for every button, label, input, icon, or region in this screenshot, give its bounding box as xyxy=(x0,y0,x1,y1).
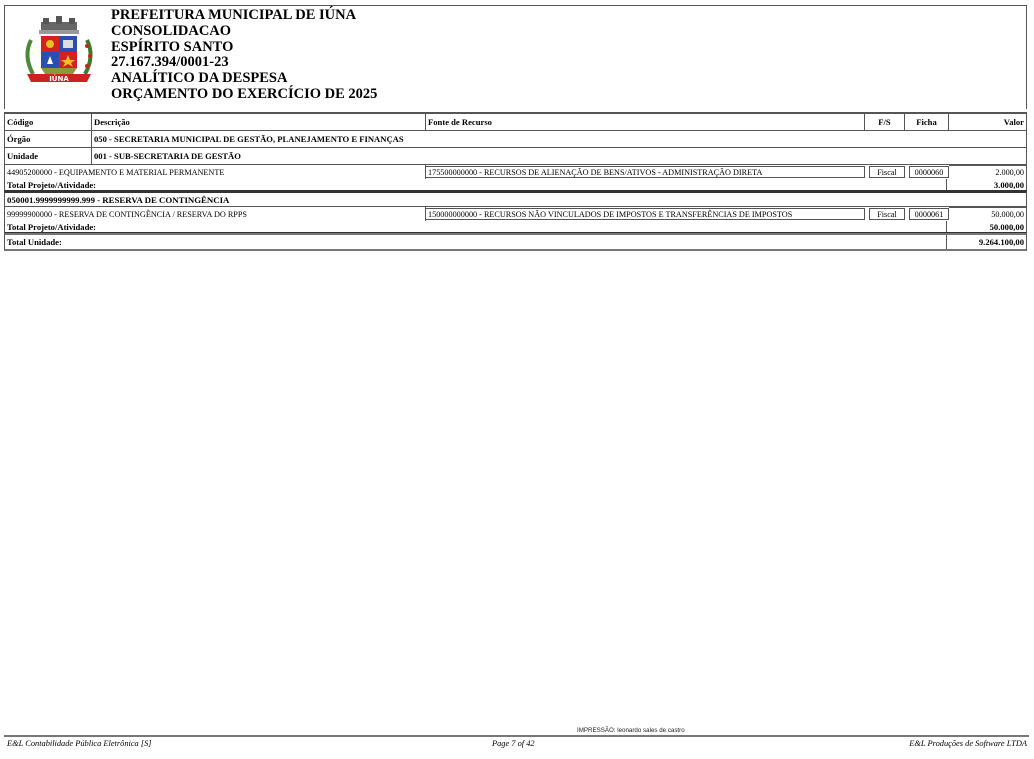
footer-divider xyxy=(4,735,1029,737)
page-number: Page 7 of 42 xyxy=(492,739,535,748)
total-projeto-row: Total Projeto/Atividade: 3.000,00 xyxy=(4,179,1027,191)
column-header-valor: Valor xyxy=(949,114,1026,130)
unidade-row: Unidade 001 - SUB-SECRETARIA DE GESTÃO xyxy=(4,148,1027,165)
header-municipality: PREFEITURA MUNICIPAL DE IÚNA xyxy=(111,8,377,24)
ficha-value: 0000060 xyxy=(909,166,949,178)
total-unidade-value: 9.264.100,00 xyxy=(947,235,1026,249)
expense-element: 99999900000 - RESERVA DE CONTINGÊNCIA / … xyxy=(5,207,426,221)
orgao-value: 050 - SECRETARIA MUNICIPAL DE GESTÃO, PL… xyxy=(92,131,1026,147)
header-state: ESPÍRITO SANTO xyxy=(111,40,377,56)
printed-by: IMPRESSÃO: leonardo sales de castro xyxy=(577,727,685,734)
column-header-ficha: Ficha xyxy=(905,114,949,130)
resource-source: 150000000000 - RECURSOS NÃO VINCULADOS D… xyxy=(426,208,865,220)
total-projeto-label: Total Projeto/Atividade: xyxy=(5,179,947,190)
fs-value: Fiscal xyxy=(869,166,905,178)
total-projeto-value: 50.000,00 xyxy=(947,221,1026,232)
header-budget-year: ORÇAMENTO DO EXERCÍCIO DE 2025 xyxy=(111,87,377,103)
total-projeto-label: Total Projeto/Atividade: xyxy=(5,221,947,232)
expense-element: 44905200000 - EQUIPAMENTO E MATERIAL PER… xyxy=(5,165,426,179)
coat-of-arms-icon: IÚNA xyxy=(17,16,101,88)
column-header-codigo: Código xyxy=(5,114,92,130)
total-unidade-label: Total Unidade: xyxy=(5,235,947,249)
header-report-type: ANALÍTICO DA DESPESA xyxy=(111,71,377,87)
resource-source: 175500000000 - RECURSOS DE ALIENAÇÃO DE … xyxy=(426,166,865,178)
valor-value: 50.000,00 xyxy=(949,207,1026,221)
header-scope: CONSOLIDACAO xyxy=(111,24,377,40)
orgao-row: Órgão 050 - SECRETARIA MUNICIPAL DE GEST… xyxy=(4,131,1027,148)
total-projeto-row: Total Projeto/Atividade: 50.000,00 xyxy=(4,221,1027,233)
total-unidade-row: Total Unidade: 9.264.100,00 xyxy=(4,233,1027,251)
table-row: 44905200000 - EQUIPAMENTO E MATERIAL PER… xyxy=(4,165,1027,179)
footer-system-name: E&L Contabilidade Pública Eletrônica [S] xyxy=(7,739,152,748)
valor-value: 2.000,00 xyxy=(949,165,1026,179)
report-title-block: PREFEITURA MUNICIPAL DE IÚNA CONSOLIDACA… xyxy=(111,8,377,103)
report-header: IÚNA PREFEITURA MUNICIPAL DE IÚNA CONSOL… xyxy=(4,5,1027,109)
footer-company: E&L Produções de Software LTDA xyxy=(909,739,1027,748)
ficha-value: 0000061 xyxy=(909,208,949,220)
column-header-descricao: Descrição xyxy=(92,114,426,130)
header-cnpj: 27.167.394/0001-23 xyxy=(111,55,377,71)
table-header-row: Código Descrição Fonte de Recurso F/S Fi… xyxy=(4,112,1027,131)
fs-value: Fiscal xyxy=(869,208,905,220)
unidade-label: Unidade xyxy=(5,148,92,164)
svg-text:IÚNA: IÚNA xyxy=(49,74,69,83)
orgao-label: Órgão xyxy=(5,131,92,147)
column-header-fonte: Fonte de Recurso xyxy=(426,114,865,130)
table-row: 99999900000 - RESERVA DE CONTINGÊNCIA / … xyxy=(4,207,1027,221)
unidade-value: 001 - SUB-SECRETARIA DE GESTÃO xyxy=(92,148,1026,164)
column-header-fs: F/S xyxy=(865,114,905,130)
projeto-row: 050001.9999999999.999 - RESERVA DE CONTI… xyxy=(4,191,1027,207)
projeto-value: 050001.9999999999.999 - RESERVA DE CONTI… xyxy=(5,193,1026,206)
expense-report-table: Código Descrição Fonte de Recurso F/S Fi… xyxy=(4,112,1027,251)
total-projeto-value: 3.000,00 xyxy=(947,179,1026,190)
